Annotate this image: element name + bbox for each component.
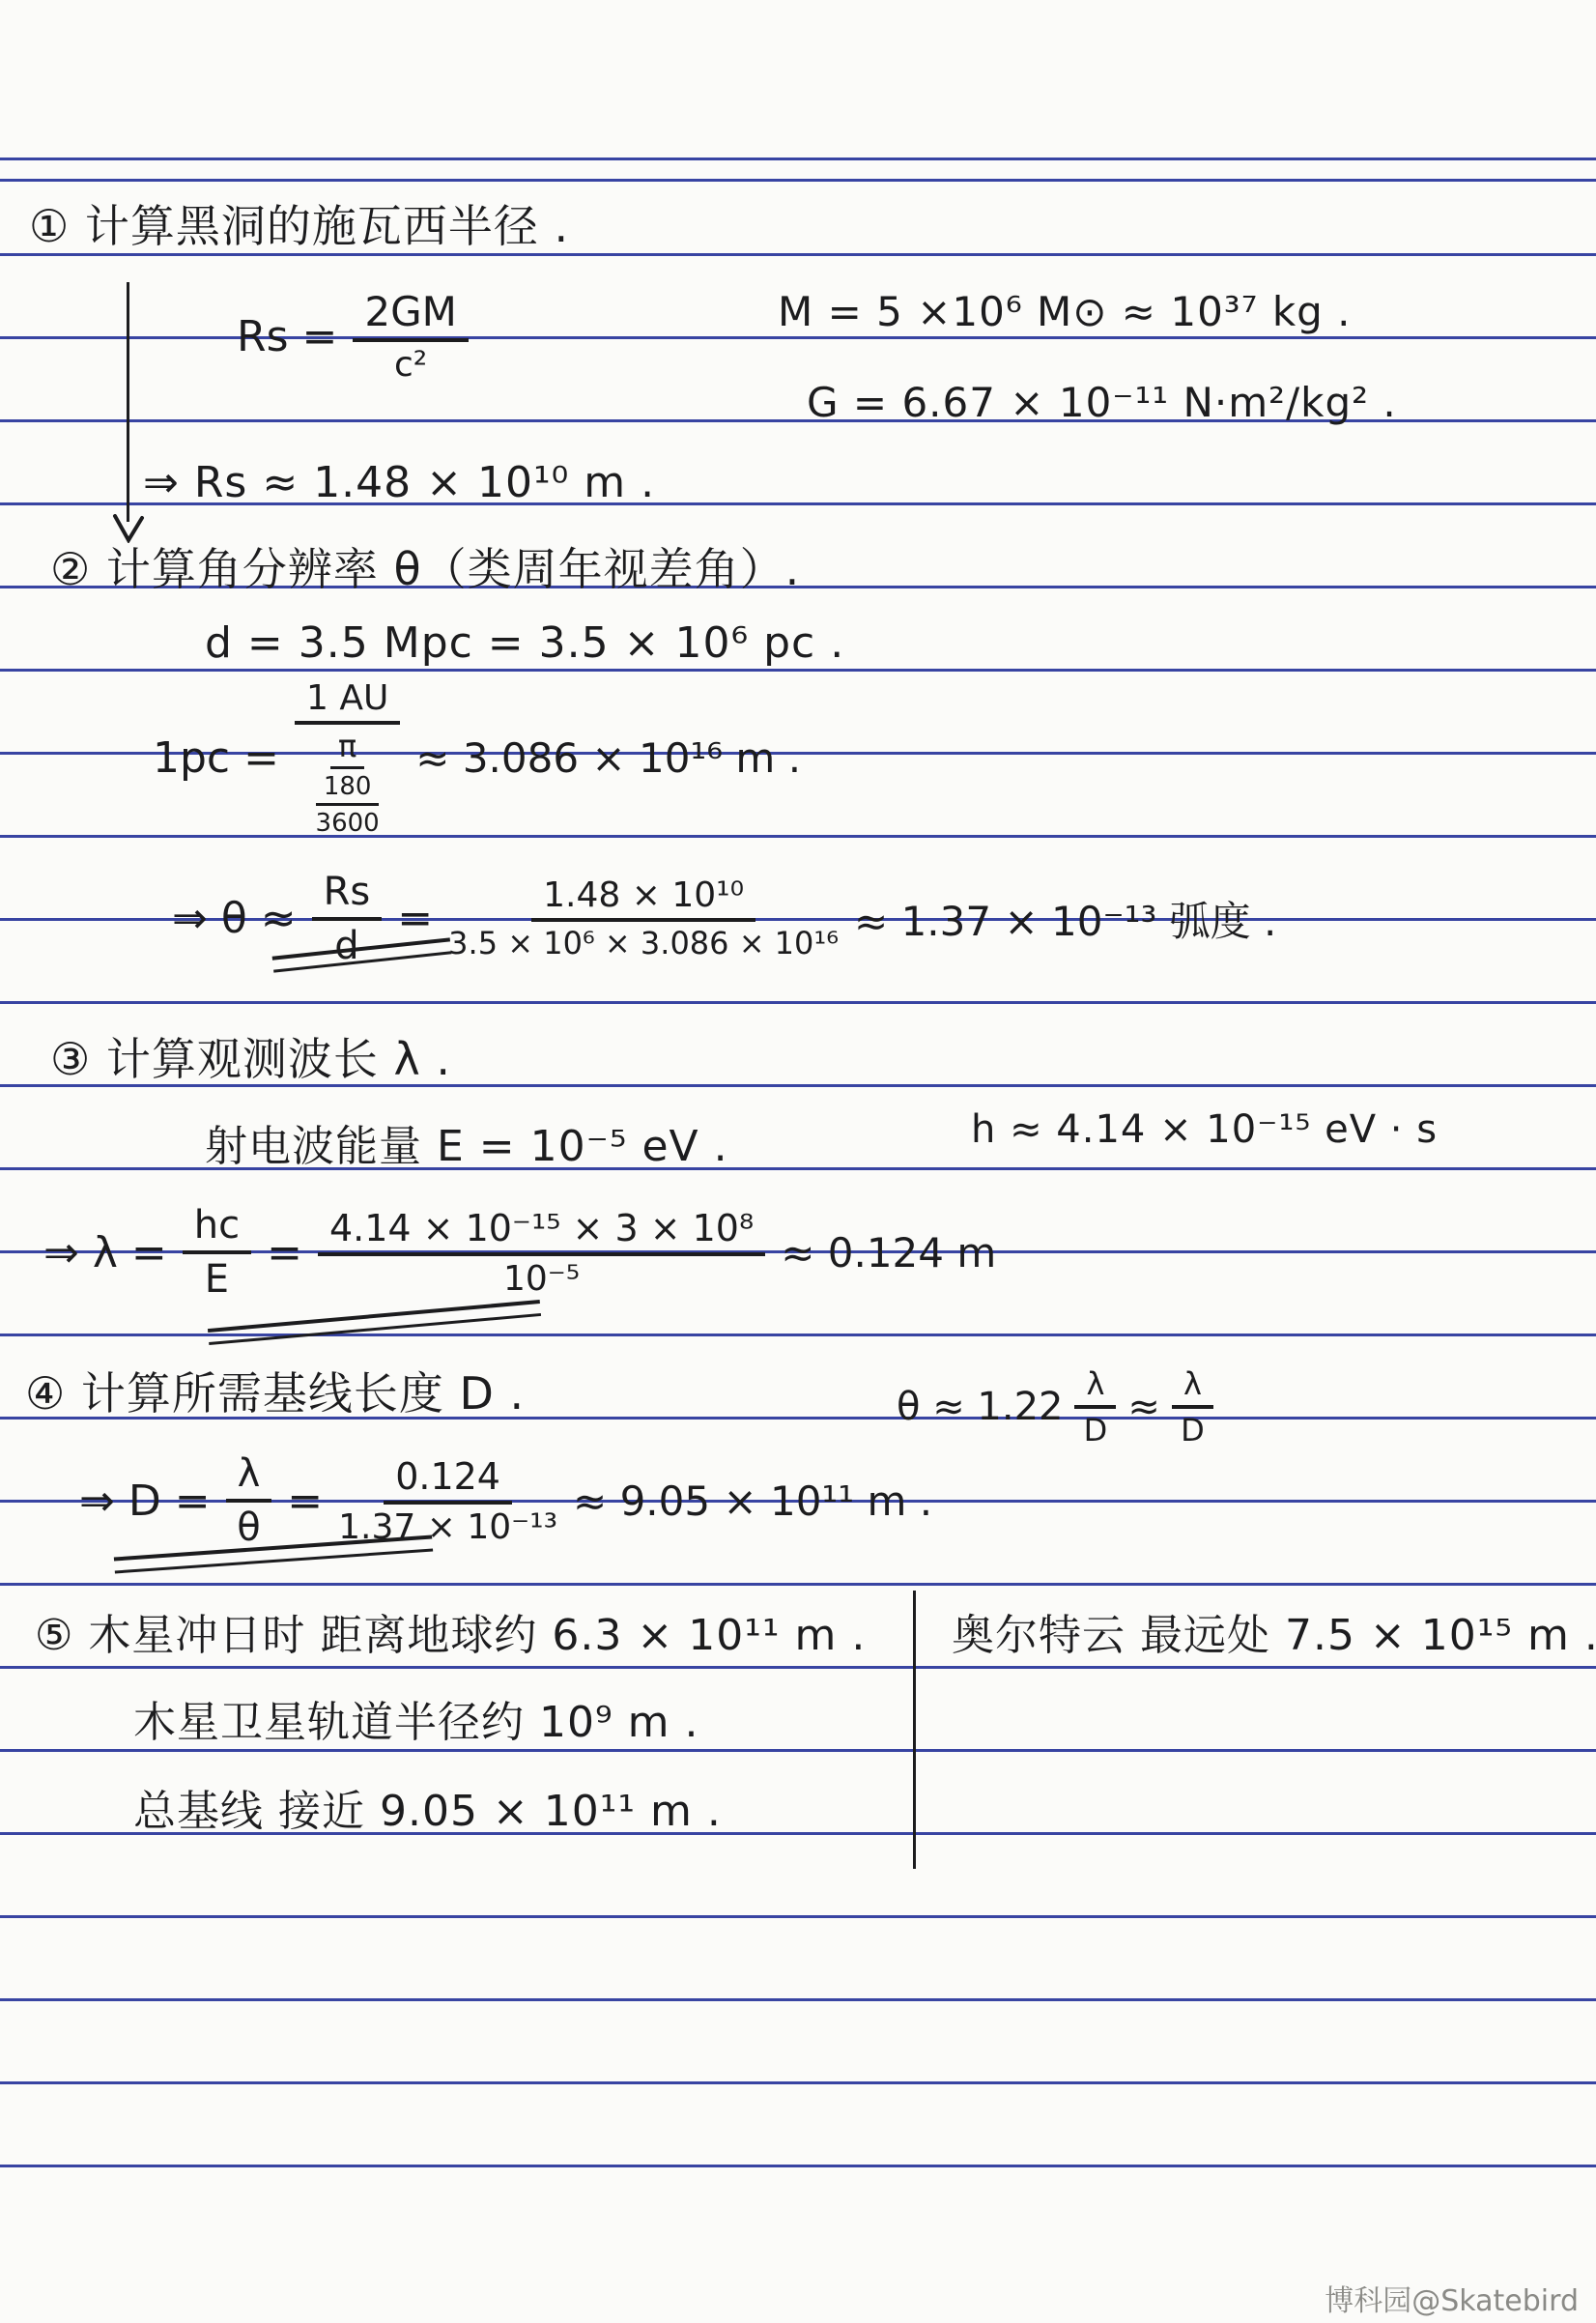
lambda-f1-numerator: hc xyxy=(183,1203,251,1254)
rayleigh-f1-den: D xyxy=(1084,1409,1108,1448)
parsec-fraction: 1 AU π 180 3600 xyxy=(295,678,400,838)
parsec-rhs: ≈ 3.086 × 10¹⁶ m . xyxy=(415,734,801,782)
theta-fraction-numeric: 1.48 × 10¹⁰ 3.5 × 10⁶ × 3.086 × 10¹⁶ xyxy=(448,875,839,961)
theta-f1-numerator: Rs xyxy=(312,870,383,921)
rs-fraction: 2GM c² xyxy=(353,288,469,385)
rs-fraction-denominator: c² xyxy=(394,342,427,385)
theta-formula: ⇒ θ ≈ Rs d = 1.48 × 10¹⁰ 3.5 × 10⁶ × 3.0… xyxy=(172,839,1276,998)
rayleigh-pre: θ ≈ 1.22 xyxy=(897,1385,1063,1429)
watermark: 博科园@Skatebird xyxy=(1325,2277,1579,2319)
total-baseline-line: 总基线 接近 9.05 × 10¹¹ m . xyxy=(133,1776,722,1838)
baseline-f2-numerator: 0.124 xyxy=(384,1455,512,1505)
parsec-den-3600: 3600 xyxy=(316,806,380,838)
theta-f2-denominator: 3.5 × 10⁶ × 3.086 × 10¹⁶ xyxy=(448,922,839,961)
rayleigh-f2-den: D xyxy=(1181,1409,1205,1448)
jupiter-satellite-line: 木星卫星轨道半径约 10⁹ m . xyxy=(133,1687,698,1749)
rayleigh-f2-num: λ xyxy=(1172,1365,1213,1409)
rs-fraction-numerator: 2GM xyxy=(353,288,469,342)
theta-f2-numerator: 1.48 × 10¹⁰ xyxy=(531,875,755,922)
rayleigh-fraction-1: λ D xyxy=(1074,1365,1116,1448)
lambda-f1-denominator: E xyxy=(205,1254,229,1302)
section4-heading: ④ 计算所需基线长度 D . xyxy=(25,1359,525,1422)
rayleigh-mid: ≈ xyxy=(1127,1385,1160,1429)
vertical-divider xyxy=(913,1591,916,1869)
distance-line: d = 3.5 Mpc = 3.5 × 10⁶ pc . xyxy=(205,618,844,668)
baseline-fraction-numeric: 0.124 1.37 × 10⁻¹³ xyxy=(338,1455,557,1547)
jupiter-opposition-line: ⑤ 木星冲日时 距离地球约 6.3 × 10¹¹ m . xyxy=(35,1600,866,1662)
parsec-formula: 1pc = 1 AU π 180 3600 ≈ 3.086 × 10¹⁶ m . xyxy=(153,676,801,839)
ruled-line-top-2 xyxy=(0,179,1596,182)
rayleigh-note: θ ≈ 1.22 λ D ≈ λ D xyxy=(897,1349,1213,1465)
lambda-lhs: ⇒ λ = xyxy=(43,1228,167,1277)
ruled-line-top-1 xyxy=(0,158,1596,160)
mass-value: M = 5 ×10⁶ M⊙ ≈ 10³⁷ kg . xyxy=(778,288,1352,335)
schwarzschild-result: ⇒ Rs ≈ 1.48 × 10¹⁰ m . xyxy=(143,458,655,507)
baseline-f1-denominator: θ xyxy=(237,1503,260,1550)
theta-result: ≈ 1.37 × 10⁻¹³ 弧度 . xyxy=(854,890,1276,948)
rs-lhs: Rs = xyxy=(237,312,337,361)
parsec-den-180: 180 xyxy=(316,772,380,806)
lambda-f2-numerator: 4.14 × 10⁻¹⁵ × 3 × 10⁸ xyxy=(318,1207,765,1256)
parsec-den-pi: π xyxy=(330,728,364,769)
parsec-lhs: 1pc = xyxy=(153,733,279,783)
theta-equals: = xyxy=(397,894,433,943)
baseline-result: ≈ 9.05 × 10¹¹ m . xyxy=(573,1477,932,1525)
lambda-fraction-numeric: 4.14 × 10⁻¹⁵ × 3 × 10⁸ 10⁻⁵ xyxy=(318,1207,765,1299)
baseline-fraction-symbolic: λ θ xyxy=(226,1451,272,1550)
parsec-numerator: 1 AU xyxy=(295,678,400,725)
baseline-f1-numerator: λ xyxy=(226,1451,272,1503)
radio-energy-line: 射电波能量 E = 10⁻⁵ eV . xyxy=(205,1111,728,1173)
theta-lhs: ⇒ θ ≈ xyxy=(172,894,297,943)
planck-constant-line: h ≈ 4.14 × 10⁻¹⁵ eV · s xyxy=(971,1107,1438,1152)
gravitational-constant: G = 6.67 × 10⁻¹¹ N·m²/kg² . xyxy=(807,379,1397,426)
notebook-page: ① 计算黑洞的施瓦西半径 . Rs = 2GM c² M = 5 ×10⁶ M⊙… xyxy=(0,0,1596,2323)
lambda-fraction-symbolic: hc E xyxy=(183,1203,251,1302)
lambda-f2-denominator: 10⁻⁵ xyxy=(503,1256,580,1299)
down-arrow xyxy=(127,282,129,522)
rayleigh-fraction-2: λ D xyxy=(1172,1365,1213,1448)
parsec-denominator: π 180 3600 xyxy=(316,725,380,838)
rayleigh-f1-num: λ xyxy=(1074,1365,1116,1409)
section3-heading: ③ 计算观测波长 λ . xyxy=(50,1024,451,1088)
lambda-result: ≈ 0.124 m xyxy=(781,1229,996,1276)
oort-cloud-line: 奥尔特云 最远处 7.5 × 10¹⁵ m . xyxy=(952,1600,1596,1662)
section1-heading: ① 计算黑洞的施瓦西半径 . xyxy=(29,191,569,255)
schwarzschild-formula: Rs = 2GM c² xyxy=(237,282,469,390)
baseline-lhs: ⇒ D = xyxy=(79,1477,211,1526)
section2-heading: ② 计算角分辨率 θ（类周年视差角）. xyxy=(50,534,800,598)
lambda-equals: = xyxy=(267,1228,302,1277)
baseline-equals: = xyxy=(287,1477,323,1526)
